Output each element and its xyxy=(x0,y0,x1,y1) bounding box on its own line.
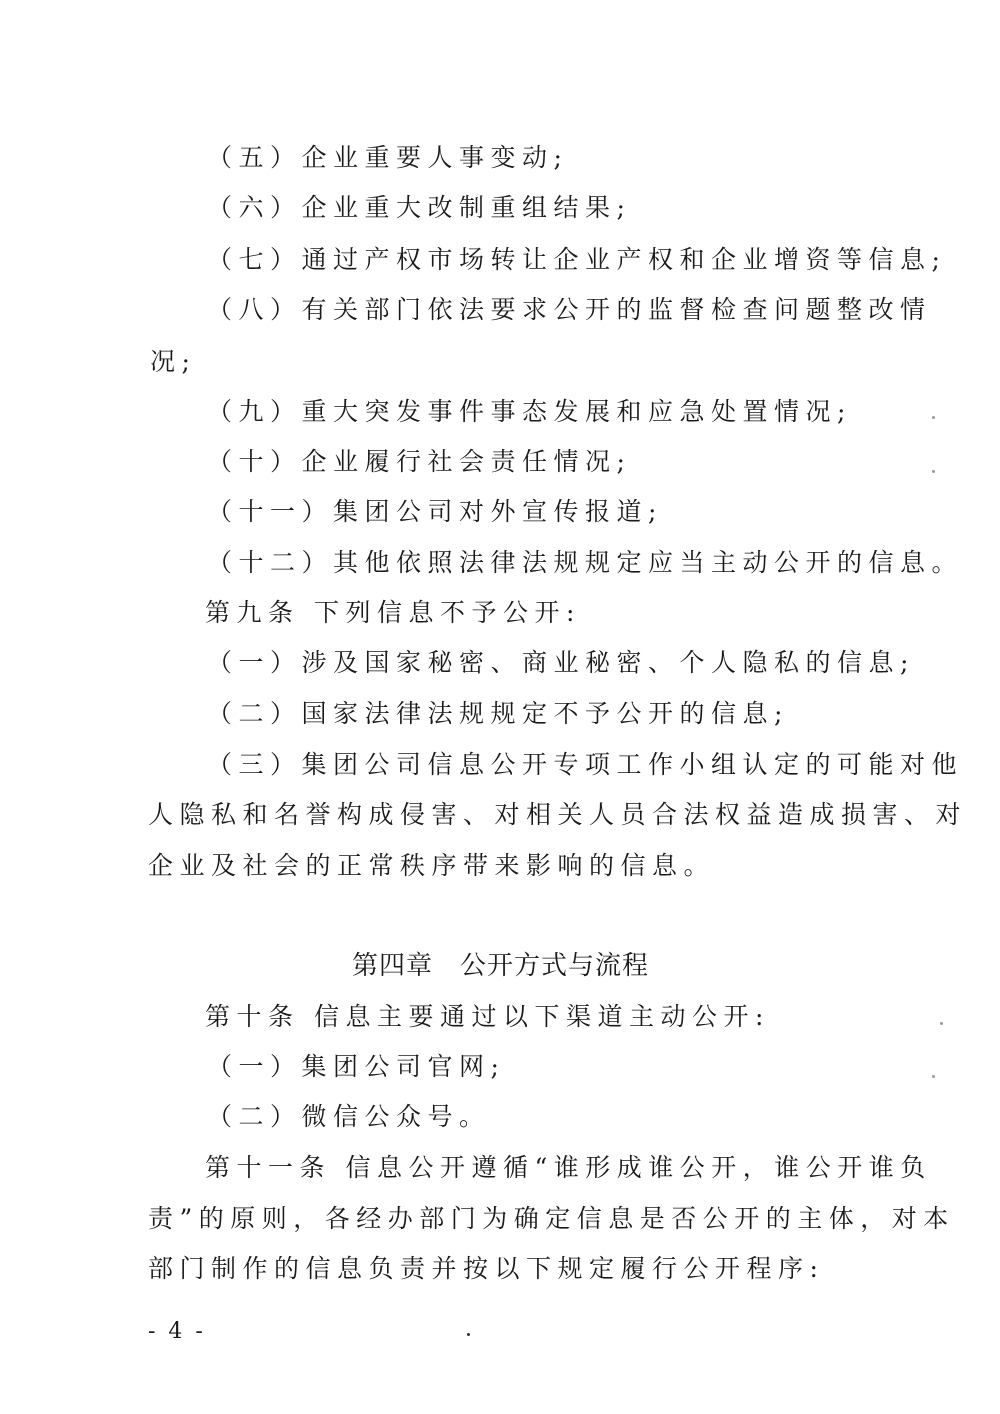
chapter-heading: 第四章 公开方式与流程 xyxy=(352,949,649,983)
list-item-12: （十二）其他依照法律法规规定应当主动公开的信息。 xyxy=(207,546,963,580)
article-9-item-3: （三）集团公司信息公开专项工作小组认定的可能对他 xyxy=(207,748,963,782)
list-item-5: （五）企业重要人事变动; xyxy=(207,141,568,175)
list-item-9: （九）重大突发事件事态发展和应急处置情况; xyxy=(207,395,852,429)
article-10-title: 第十条 信息主要通过以下渠道主动公开: xyxy=(205,1000,770,1034)
article-11-text-cont2: 部门制作的信息负责并按以下规定履行公开程序: xyxy=(148,1252,824,1286)
scan-speck xyxy=(932,470,935,473)
list-item-8-cont: 况; xyxy=(150,345,196,379)
article-9-title: 第九条 下列信息不予公开: xyxy=(205,596,581,630)
scan-speck xyxy=(940,1022,943,1025)
article-9-item-3-cont1: 人隐私和名誉构成侵害、对相关人员合法权益造成损害、对 xyxy=(148,798,967,832)
page-number: - 4 - xyxy=(148,1315,206,1349)
article-9-item-3-cont2: 企业及社会的正常秩序带来影响的信息。 xyxy=(148,849,715,883)
list-item-10: （十）企业履行社会责任情况; xyxy=(207,445,631,479)
list-item-8: （八）有关部门依法要求公开的监督检查问题整改情 xyxy=(207,293,932,327)
list-item-11: （十一）集团公司对外宣传报道; xyxy=(207,495,663,529)
list-item-6: （六）企业重大改制重组结果; xyxy=(207,191,631,225)
scan-speck xyxy=(467,1333,470,1336)
article-9-item-1: （一）涉及国家秘密、商业秘密、个人隐私的信息; xyxy=(207,646,915,680)
article-11-text-cont1: 责”的原则，各经办部门为确定信息是否公开的主体，对本 xyxy=(148,1202,955,1236)
scan-speck xyxy=(932,416,935,419)
article-10-item-1: （一）集团公司官网; xyxy=(207,1050,505,1084)
article-10-item-2: （二）微信公众号。 xyxy=(207,1100,491,1134)
scan-speck xyxy=(932,1075,935,1078)
article-11-text: 第十一条 信息公开遵循“谁形成谁公开，谁公开谁负 xyxy=(205,1151,932,1185)
article-9-item-2: （二）国家法律法规规定不予公开的信息; xyxy=(207,697,789,731)
list-item-7: （七）通过产权市场转让企业产权和企业增资等信息; xyxy=(207,243,946,277)
